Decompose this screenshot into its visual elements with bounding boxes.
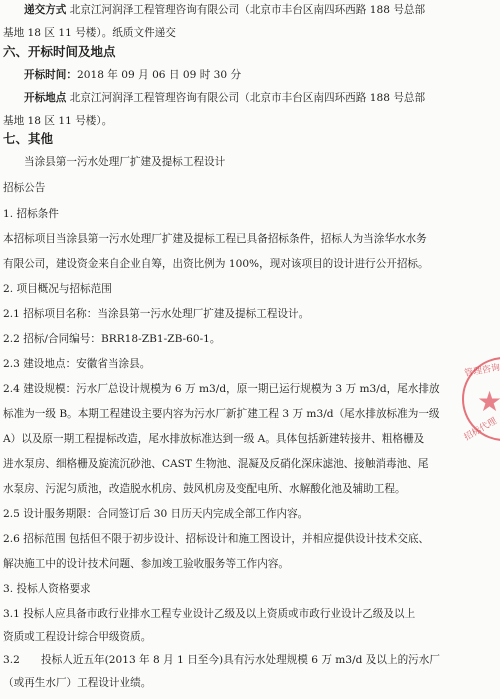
opening-place-line-1: 开标地点 北京江河润泽工程管理咨询有限公司（北京市丰台区南四环西路 188 号总…	[24, 91, 425, 105]
notice-line: 有限公司，建设资金来自企业自筹，出资比例为 100%，现对该项目的设计进行公开招…	[3, 257, 429, 271]
notice-line: 3.2 投标人近五年(2013 年 8 月 1 日至今)具有污水处理规模 6 万…	[3, 653, 440, 667]
seal-star-icon: ★	[477, 385, 500, 418]
notice-line: 2.5 设计服务期限：合同签订后 30 日历天内完成全部工作内容。	[3, 507, 308, 521]
notice-line: 标准为一级 B。本期工程建设主要内容为污水厂新扩建工程 3 万 m3/d（尾水排…	[3, 407, 440, 421]
notice-line: 2. 项目概况与招标范围	[3, 282, 112, 296]
notice-line: 3. 投标人资格要求	[3, 582, 91, 596]
notice-line: A）以及原一期工程提标改造，尾水排放标准达到一级 A。具体包括新建转接井、粗格栅…	[3, 432, 424, 446]
notice-line: 1. 招标条件	[3, 207, 59, 221]
notice-line: 解决施工中的设计技术问题、参加竣工验收服务等工作内容。	[3, 557, 289, 571]
opening-place-line-2: 基地 18 区 11 号楼）。	[3, 114, 112, 128]
notice-line: （或再生水厂）工程设计业绩。	[3, 676, 151, 690]
submit-method-line-1: 递交方式 北京江河润泽工程管理咨询有限公司（北京市丰台区南四环西路 188 号总…	[24, 3, 425, 17]
notice-line: 2.4 建设规模：污水厂总设计规模为 6 万 m3/d，原一期已运行规模为 3 …	[3, 382, 440, 396]
notice-line: 进水泵房、细格栅及旋流沉砂池、CAST 生物池、混凝及反硝化深床滤池、接触消毒池…	[3, 457, 428, 471]
section-7-heading: 七、其他	[3, 132, 53, 146]
notice-title: 招标公告	[3, 181, 45, 195]
submit-method-line-2: 基地 18 区 11 号楼）。纸质文件递交	[3, 26, 176, 40]
notice-line: 2.1 招标项目名称：当涂县第一污水处理厂扩建及提标工程设计。	[3, 307, 309, 321]
section-6-heading: 六、开标时间及地点	[3, 45, 116, 59]
notice-line: 资质或工程设计综合甲级资质。	[3, 630, 151, 644]
notice-line: 2.6 招标范围 包括但不限于初步设计、招标设计和施工图设计，并相应提供设计技术…	[3, 532, 429, 546]
submit-method-label: 递交方式	[24, 4, 66, 16]
opening-time: 开标时间：2018 年 09 月 06 日 09 时 30 分	[24, 68, 241, 82]
notice-line: 水泵房、污泥匀质池，改造脱水机房、鼓风机房及变配电所、水解酸化池及辅助工程。	[3, 482, 406, 496]
project-title: 当涂县第一污水处理厂扩建及提标工程设计	[24, 155, 225, 169]
notice-line: 3.1 投标人应具备市政行业排水工程专业设计乙级及以上资质或市政行业设计乙级及以…	[3, 607, 415, 621]
notice-line: 2.2 招标/合同编号：BRR18-ZB1-ZB-60-1。	[3, 332, 221, 346]
notice-line: 本招标项目当涂县第一污水处理厂扩建及提标工程已具备招标条件，招标人为当涂华水水务	[3, 232, 427, 246]
notice-line: 2.3 建设地点：安徽省当涂县。	[3, 357, 150, 371]
